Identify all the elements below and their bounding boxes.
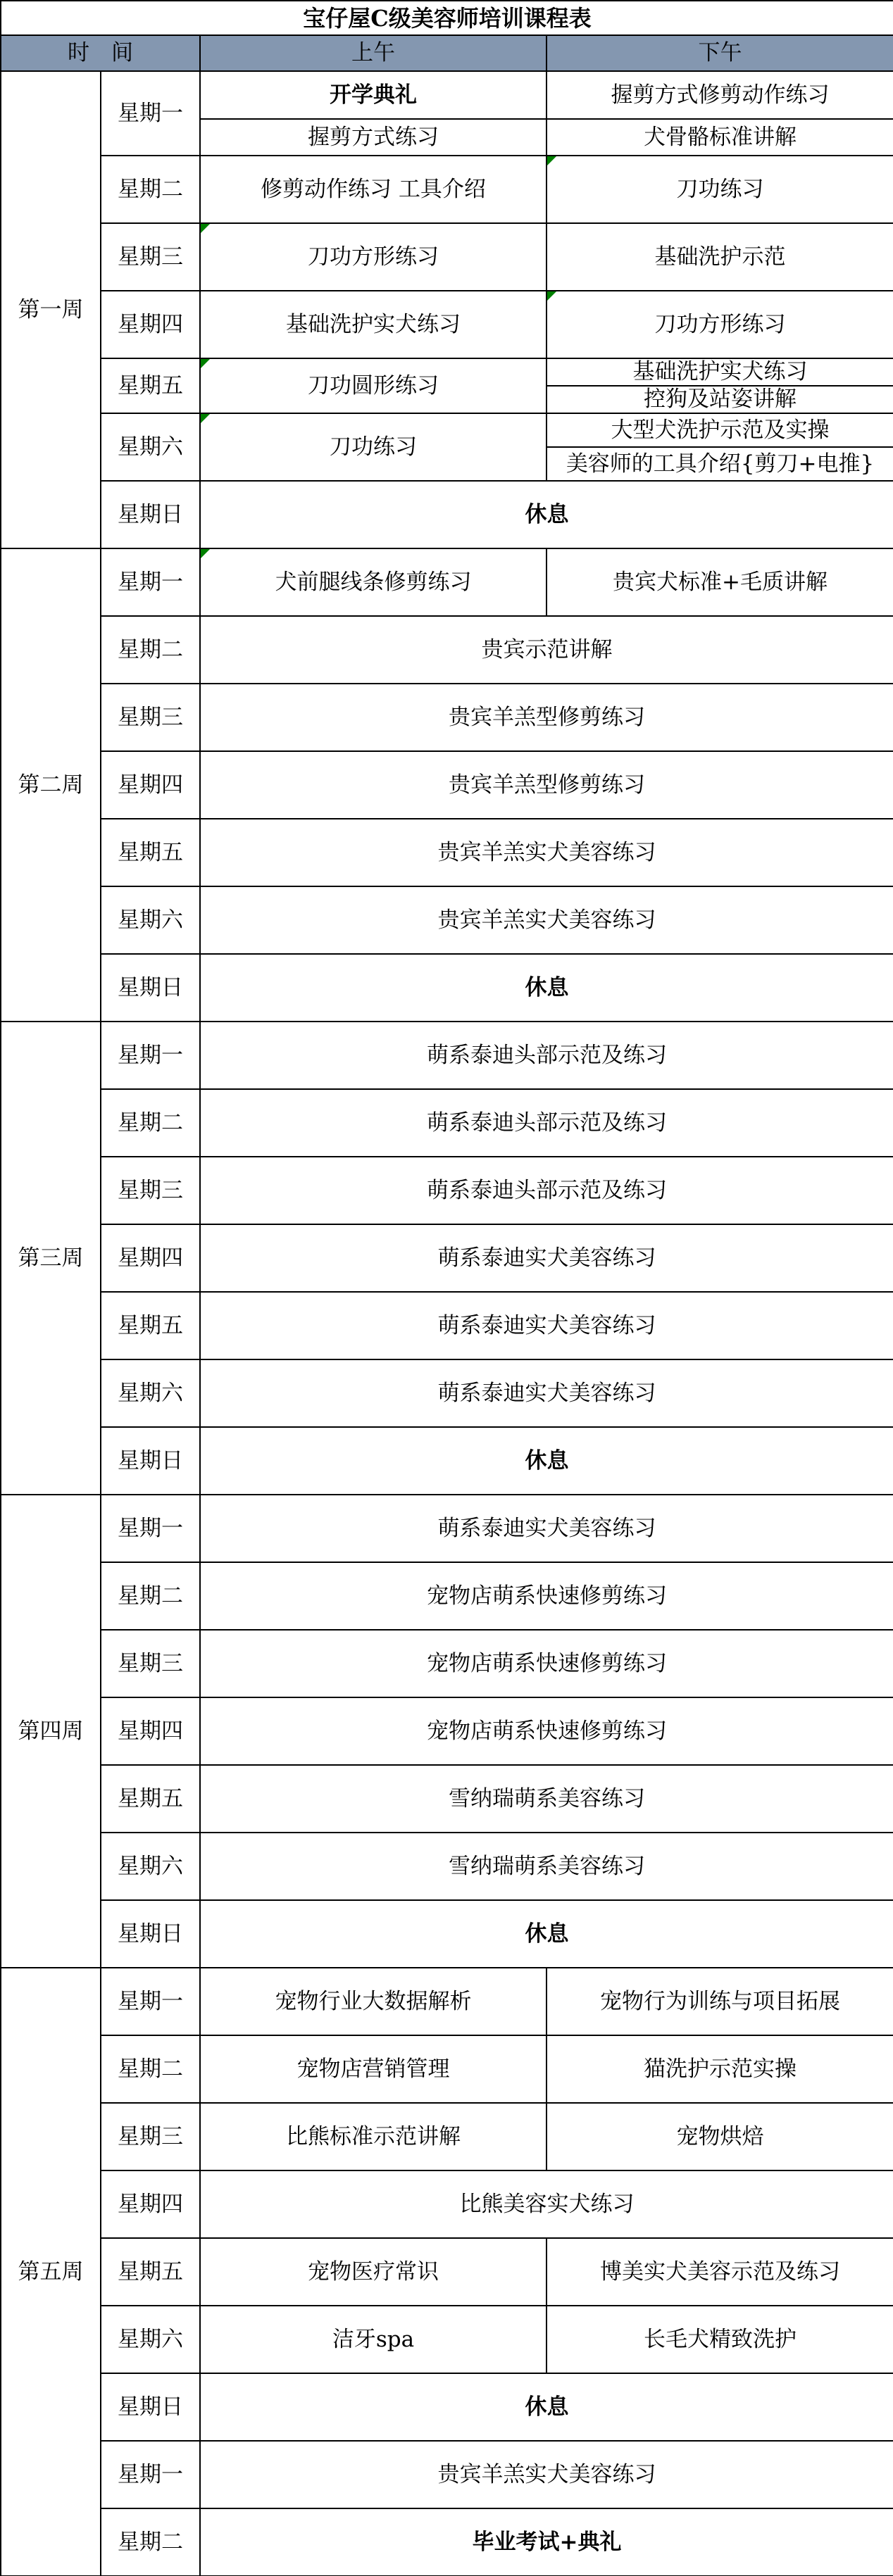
table-row: 星期日 休息: [1, 481, 893, 548]
full-day-session: 萌系泰迪头部示范及练习: [200, 1089, 893, 1157]
table-row: 星期六 洁牙spa 长毛犬精致洗护: [1, 2306, 893, 2373]
day-label: 星期五: [101, 358, 200, 413]
table-row: 星期二 贵宾示范讲解: [1, 616, 893, 684]
afternoon-session: 基础洗护示范: [547, 223, 893, 291]
table-row: 星期三 宠物店萌系快速修剪练习: [1, 1630, 893, 1697]
table-row: 星期二 毕业考试+典礼: [1, 2508, 893, 2576]
comment-indicator-icon: [201, 414, 210, 423]
table-row: 星期六 贵宾羊羔实犬美容练习: [1, 886, 893, 954]
comment-indicator-icon: [547, 156, 556, 165]
week-label: 第四周: [1, 1495, 101, 1968]
full-day-session: 休息: [200, 2373, 893, 2441]
full-day-session: 雪纳瑞萌系美容练习: [200, 1833, 893, 1900]
day-label: 星期三: [101, 1630, 200, 1697]
table-row: 星期日 休息: [1, 1900, 893, 1968]
full-day-session: 雪纳瑞萌系美容练习: [200, 1765, 893, 1833]
table-row: 星期三 萌系泰迪头部示范及练习: [1, 1157, 893, 1224]
morning-session: 宠物行业大数据解析: [200, 1968, 547, 2035]
comment-indicator-icon: [201, 224, 210, 233]
full-day-session: 贵宾羊羔实犬美容练习: [200, 886, 893, 954]
day-label: 星期二: [101, 2035, 200, 2103]
day-label: 星期四: [101, 1697, 200, 1765]
afternoon-session: 博美实犬美容示范及练习: [547, 2238, 893, 2306]
day-label: 星期六: [101, 1359, 200, 1427]
table-row: 星期三 比熊标准示范讲解 宠物烘焙: [1, 2103, 893, 2170]
table-row: 星期三 贵宾羊羔型修剪练习: [1, 684, 893, 751]
table-row: 星期日 休息: [1, 2373, 893, 2441]
table-row: 星期四 基础洗护实犬练习 刀功方形练习: [1, 291, 893, 358]
day-label: 星期四: [101, 2170, 200, 2238]
table-row: 星期五 贵宾羊羔实犬美容练习: [1, 819, 893, 886]
table-row: 星期五 萌系泰迪实犬美容练习: [1, 1292, 893, 1359]
day-label: 星期日: [101, 481, 200, 548]
full-day-session: 宠物店萌系快速修剪练习: [200, 1697, 893, 1765]
day-label: 星期二: [101, 2508, 200, 2576]
table-row: 星期二 修剪动作练习 工具介绍 刀功练习: [1, 156, 893, 223]
table-row: 星期五 宠物医疗常识 博美实犬美容示范及练习: [1, 2238, 893, 2306]
afternoon-session: 大型犬洗护示范及实操: [547, 413, 893, 447]
header-morning: 上午: [200, 35, 547, 71]
session-text: 刀功方形练习: [308, 244, 439, 270]
full-day-session: 宠物店萌系快速修剪练习: [200, 1630, 893, 1697]
full-day-session: 比熊美容实犬练习: [200, 2170, 893, 2238]
session-text: 刀功练习: [677, 177, 764, 202]
table-row: 星期四 比熊美容实犬练习: [1, 2170, 893, 2238]
table-row: 第五周 星期一 宠物行业大数据解析 宠物行为训练与项目拓展: [1, 1968, 893, 2035]
full-day-session: 贵宾羊羔型修剪练习: [200, 684, 893, 751]
day-label: 星期一: [101, 1968, 200, 2035]
day-label: 星期二: [101, 616, 200, 684]
day-label: 星期一: [101, 548, 200, 616]
day-label: 星期一: [101, 2441, 200, 2508]
morning-session: 开学典礼: [200, 71, 547, 119]
day-label: 星期五: [101, 1765, 200, 1833]
afternoon-session: 刀功方形练习: [547, 291, 893, 358]
table-row: 星期二 宠物店营销管理 猫洗护示范实操: [1, 2035, 893, 2103]
full-day-session: 休息: [200, 1427, 893, 1495]
week-label: 第五周: [1, 1968, 101, 2576]
day-label: 星期一: [101, 1022, 200, 1089]
day-label: 星期六: [101, 2306, 200, 2373]
table-row: 星期四 宠物店萌系快速修剪练习: [1, 1697, 893, 1765]
day-label: 星期一: [101, 1495, 200, 1562]
full-day-session: 萌系泰迪实犬美容练习: [200, 1224, 893, 1292]
afternoon-session: 刀功练习: [547, 156, 893, 223]
full-day-session: 贵宾示范讲解: [200, 616, 893, 684]
full-day-session: 休息: [200, 1900, 893, 1968]
full-day-session: 萌系泰迪实犬美容练习: [200, 1495, 893, 1562]
day-label: 星期六: [101, 413, 200, 481]
full-day-session: 贵宾羊羔实犬美容练习: [200, 819, 893, 886]
day-label: 星期四: [101, 751, 200, 819]
day-label: 星期三: [101, 1157, 200, 1224]
full-day-session: 萌系泰迪头部示范及练习: [200, 1157, 893, 1224]
afternoon-session: 握剪方式修剪动作练习: [547, 71, 893, 119]
day-label: 星期六: [101, 1833, 200, 1900]
morning-session: 比熊标准示范讲解: [200, 2103, 547, 2170]
comment-indicator-icon: [201, 549, 210, 558]
morning-session: 基础洗护实犬练习: [200, 291, 547, 358]
table-row: 第二周 星期一 犬前腿线条修剪练习 贵宾犬标准+毛质讲解: [1, 548, 893, 616]
afternoon-session: 宠物烘焙: [547, 2103, 893, 2170]
session-text: 刀功圆形练习: [308, 373, 439, 398]
session-text: 刀功练习: [330, 434, 417, 460]
day-label: 星期四: [101, 291, 200, 358]
table-row: 星期日 休息: [1, 1427, 893, 1495]
week-label: 第三周: [1, 1022, 101, 1495]
table-row: 星期二 萌系泰迪头部示范及练习: [1, 1089, 893, 1157]
table-row: 星期二 宠物店萌系快速修剪练习: [1, 1562, 893, 1630]
table-row: 星期六 雪纳瑞萌系美容练习: [1, 1833, 893, 1900]
day-label: 星期一: [101, 71, 200, 156]
afternoon-session: 犬骨骼标准讲解: [547, 119, 893, 156]
header-time: 时 间: [1, 35, 200, 71]
table-row: 星期一 贵宾羊羔实犬美容练习: [1, 2441, 893, 2508]
full-day-session: 萌系泰迪实犬美容练习: [200, 1359, 893, 1427]
table-row: 星期六 萌系泰迪实犬美容练习: [1, 1359, 893, 1427]
comment-indicator-icon: [547, 291, 556, 301]
table-row: 星期四 贵宾羊羔型修剪练习: [1, 751, 893, 819]
table-row: 星期四 萌系泰迪实犬美容练习: [1, 1224, 893, 1292]
page-title: 宝仔屋C级美容师培训课程表: [1, 1, 893, 35]
day-label: 星期三: [101, 684, 200, 751]
session-text: 刀功方形练习: [655, 312, 786, 337]
week-label: 第一周: [1, 71, 101, 548]
table-row: 星期六 刀功练习 大型犬洗护示范及实操: [1, 413, 893, 447]
full-day-session: 休息: [200, 954, 893, 1022]
morning-session: 犬前腿线条修剪练习: [200, 548, 547, 616]
day-label: 星期日: [101, 1427, 200, 1495]
full-day-session: 萌系泰迪实犬美容练习: [200, 1292, 893, 1359]
table-row: 星期三 刀功方形练习 基础洗护示范: [1, 223, 893, 291]
table-row: 星期日 休息: [1, 954, 893, 1022]
day-label: 星期日: [101, 1900, 200, 1968]
graduation-session: 毕业考试+典礼: [200, 2508, 893, 2576]
afternoon-session: 控狗及站姿讲解: [547, 386, 893, 413]
morning-session: 洁牙spa: [200, 2306, 547, 2373]
day-label: 星期二: [101, 156, 200, 223]
day-label: 星期五: [101, 1292, 200, 1359]
table-row: 星期五 刀功圆形练习 基础洗护实犬练习: [1, 358, 893, 386]
day-label: 星期日: [101, 2373, 200, 2441]
afternoon-session: 宠物行为训练与项目拓展: [547, 1968, 893, 2035]
day-label: 星期五: [101, 2238, 200, 2306]
full-day-session: 贵宾羊羔实犬美容练习: [200, 2441, 893, 2508]
morning-session: 宠物店营销管理: [200, 2035, 547, 2103]
morning-session: 握剪方式练习: [200, 119, 547, 156]
day-label: 星期五: [101, 819, 200, 886]
comment-indicator-icon: [201, 359, 210, 368]
table-row: 第三周 星期一 萌系泰迪头部示范及练习: [1, 1022, 893, 1089]
course-schedule-table: 宝仔屋C级美容师培训课程表 时 间 上午 下午 第一周 星期一 开学典礼 握剪方…: [0, 0, 893, 2576]
morning-session: 刀功圆形练习: [200, 358, 547, 413]
morning-session: 刀功练习: [200, 413, 547, 481]
afternoon-session: 贵宾犬标准+毛质讲解: [547, 548, 893, 616]
full-day-session: 贵宾羊羔型修剪练习: [200, 751, 893, 819]
table-row: 星期五 雪纳瑞萌系美容练习: [1, 1765, 893, 1833]
morning-session: 刀功方形练习: [200, 223, 547, 291]
table-row: 第四周 星期一 萌系泰迪实犬美容练习: [1, 1495, 893, 1562]
full-day-session: 休息: [200, 481, 893, 548]
morning-session: 宠物医疗常识: [200, 2238, 547, 2306]
day-label: 星期三: [101, 2103, 200, 2170]
full-day-session: 宠物店萌系快速修剪练习: [200, 1562, 893, 1630]
header-afternoon: 下午: [547, 35, 893, 71]
day-label: 星期四: [101, 1224, 200, 1292]
afternoon-session: 猫洗护示范实操: [547, 2035, 893, 2103]
day-label: 星期日: [101, 954, 200, 1022]
week-label: 第二周: [1, 548, 101, 1022]
afternoon-session: 长毛犬精致洗护: [547, 2306, 893, 2373]
day-label: 星期六: [101, 886, 200, 954]
afternoon-session: 基础洗护实犬练习: [547, 358, 893, 386]
day-label: 星期三: [101, 223, 200, 291]
morning-session: 修剪动作练习 工具介绍: [200, 156, 547, 223]
day-label: 星期二: [101, 1562, 200, 1630]
afternoon-session: 美容师的工具介绍{剪刀+电推}: [547, 447, 893, 481]
day-label: 星期二: [101, 1089, 200, 1157]
table-row: 第一周 星期一 开学典礼 握剪方式修剪动作练习: [1, 71, 893, 119]
full-day-session: 萌系泰迪头部示范及练习: [200, 1022, 893, 1089]
session-text: 犬前腿线条修剪练习: [275, 570, 472, 595]
